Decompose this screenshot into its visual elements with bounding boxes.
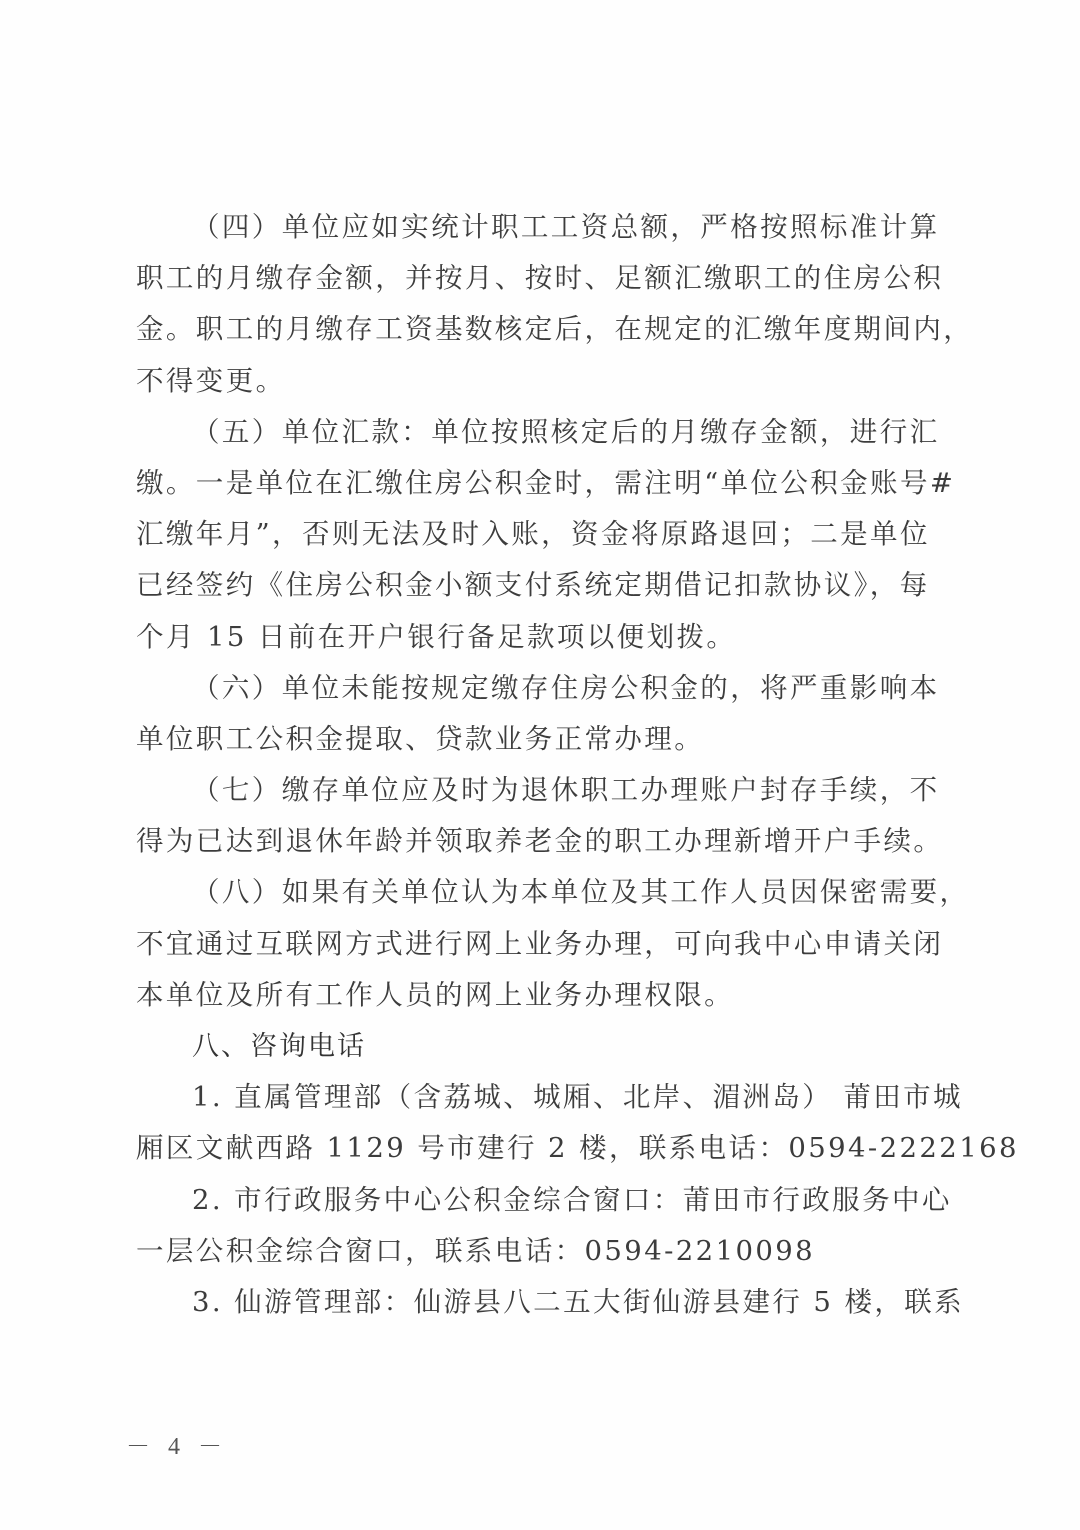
text-line: 得为已达到退休年龄并领取养老金的职工办理新增开户手续。 [136, 816, 928, 867]
paragraph-item-8: （八）如果有关单位认为本单位及其工作人员因保密需要， 不宜通过互联网方式进行网上… [136, 867, 928, 1021]
paragraph-item-6: （六）单位未能按规定缴存住房公积金的，将严重影响本 单位职工公积金提取、贷款业务… [136, 663, 928, 765]
paragraph-item-7: （七）缴存单位应及时为退休职工办理账户封存手续，不 得为已达到退休年龄并领取养老… [136, 765, 928, 867]
text-line: （五）单位汇款：单位按照核定后的月缴存金额，进行汇 [136, 407, 928, 458]
text-line: 厢区文献西路 1129 号市建行 2 楼，联系电话：0594-2222168 [136, 1123, 928, 1174]
text-line: （八）如果有关单位认为本单位及其工作人员因保密需要， [136, 867, 928, 918]
text-line: 缴。一是单位在汇缴住房公积金时，需注明“单位公积金账号# [136, 458, 928, 509]
document-page: （四）单位应如实统计职工工资总额，严格按照标准计算 职工的月缴存金额，并按月、按… [0, 0, 1080, 1530]
text-line: 金。职工的月缴存工资基数核定后，在规定的汇缴年度期间内， [136, 304, 928, 355]
contact-item-2: 2. 市行政服务中心公积金综合窗口：莆田市行政服务中心 一层公积金综合窗口，联系… [136, 1175, 928, 1277]
document-body: （四）单位应如实统计职工工资总额，严格按照标准计算 职工的月缴存金额，并按月、按… [136, 202, 928, 1328]
text-line: 不得变更。 [136, 356, 928, 407]
paragraph-item-4: （四）单位应如实统计职工工资总额，严格按照标准计算 职工的月缴存金额，并按月、按… [136, 202, 928, 407]
text-line: 单位职工公积金提取、贷款业务正常办理。 [136, 714, 928, 765]
text-line: 已经签约《住房公积金小额支付系统定期借记扣款协议》，每 [136, 560, 928, 611]
text-line: （四）单位应如实统计职工工资总额，严格按照标准计算 [136, 202, 928, 253]
text-line: 不宜通过互联网方式进行网上业务办理，可向我中心申请关闭 [136, 919, 928, 970]
text-line: 2. 市行政服务中心公积金综合窗口：莆田市行政服务中心 [136, 1175, 928, 1226]
text-line: 汇缴年月”，否则无法及时入账，资金将原路退回；二是单位 [136, 509, 928, 560]
text-line: （七）缴存单位应及时为退休职工办理账户封存手续，不 [136, 765, 928, 816]
text-line: 1. 直属管理部（含荔城、城厢、北岸、湄洲岛） 莆田市城 [136, 1072, 928, 1123]
text-line: 3. 仙游管理部：仙游县八二五大街仙游县建行 5 楼，联系 [136, 1277, 928, 1328]
section-heading: 八、咨询电话 [136, 1021, 928, 1072]
text-line: 一层公积金综合窗口，联系电话：0594-2210098 [136, 1226, 928, 1277]
text-line: （六）单位未能按规定缴存住房公积金的，将严重影响本 [136, 663, 928, 714]
text-line: 个月 15 日前在开户银行备足款项以便划拨。 [136, 612, 928, 663]
contact-item-3: 3. 仙游管理部：仙游县八二五大街仙游县建行 5 楼，联系 [136, 1277, 928, 1328]
paragraph-item-5: （五）单位汇款：单位按照核定后的月缴存金额，进行汇 缴。一是单位在汇缴住房公积金… [136, 407, 928, 663]
text-line: 本单位及所有工作人员的网上业务办理权限。 [136, 970, 928, 1021]
page-number: － 4 － [126, 1426, 228, 1461]
text-line: 职工的月缴存金额，并按月、按时、足额汇缴职工的住房公积 [136, 253, 928, 304]
contact-item-1: 1. 直属管理部（含荔城、城厢、北岸、湄洲岛） 莆田市城 厢区文献西路 1129… [136, 1072, 928, 1174]
